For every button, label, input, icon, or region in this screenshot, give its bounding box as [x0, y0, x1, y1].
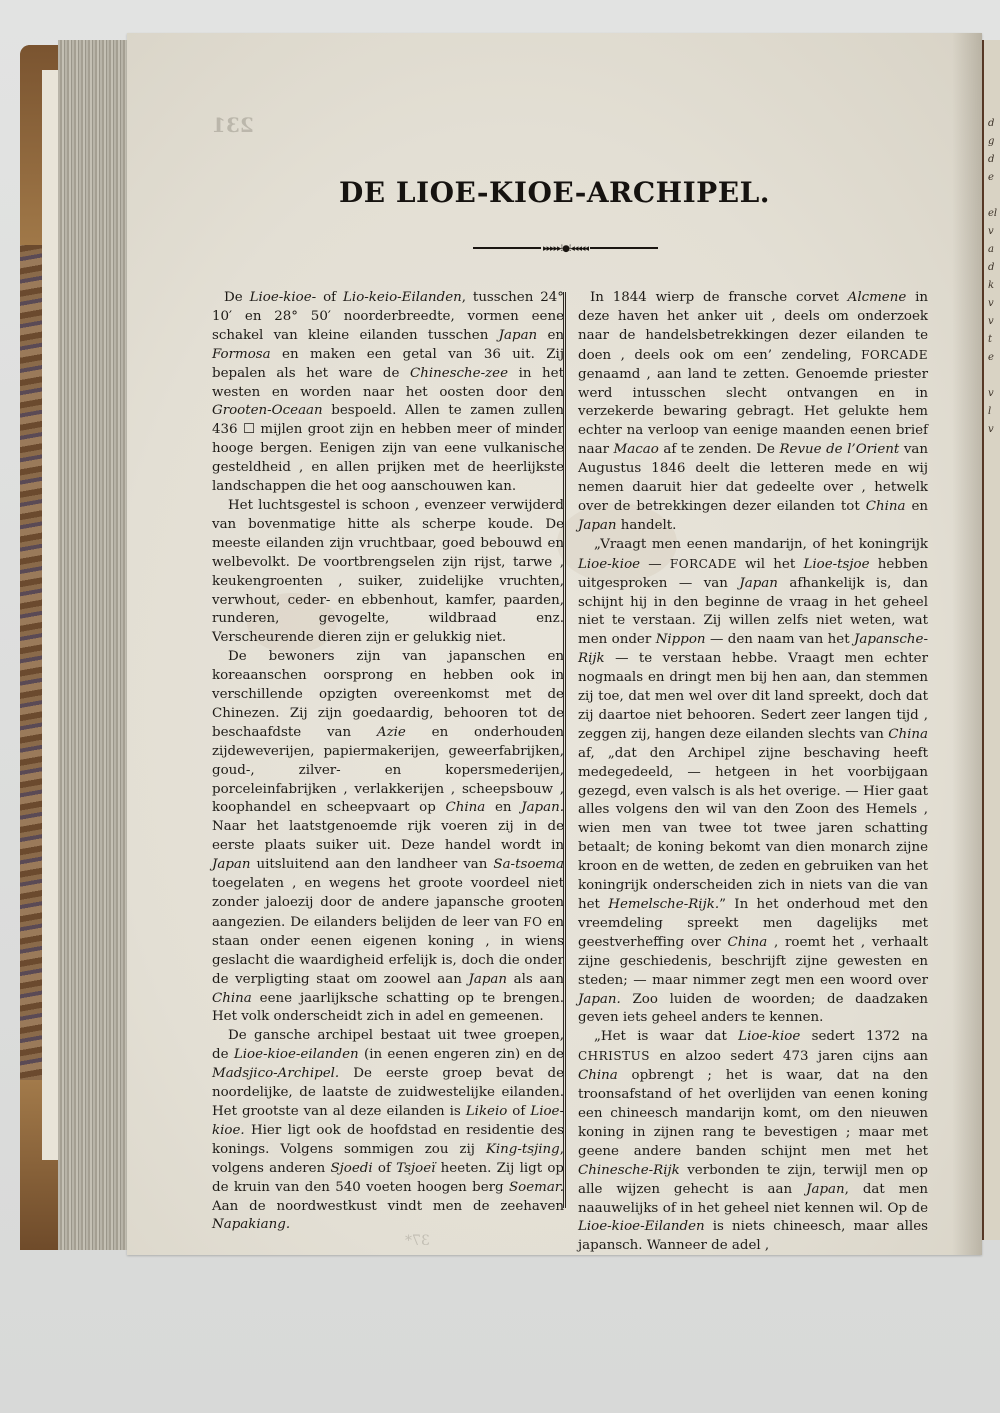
ghost-bottom-mark: 37*	[405, 1233, 430, 1249]
italic-term: Japan.	[521, 800, 564, 815]
italic-term: Sjoedi	[330, 1161, 372, 1176]
text-run: af te zenden. De	[659, 442, 780, 457]
italic-term: Revue de l’Orient	[779, 442, 899, 457]
text-run: en	[537, 328, 564, 343]
italic-term: Grooten-Oceaan	[212, 403, 323, 418]
italic-term: Hemelsche-Rijk.	[608, 897, 719, 912]
text-run: „Het is waar dat	[594, 1029, 738, 1044]
text-run: Zoo luiden de woorden; de daadzaken geve…	[578, 992, 928, 1026]
text-run: sedert 1372 na	[800, 1029, 928, 1044]
text-run: — den naam van het	[706, 632, 854, 647]
paragraph: „Het is waar dat Lioe-kioe sedert 1372 n…	[578, 1028, 928, 1256]
italic-term: Chinesche-Rijk	[578, 1163, 680, 1178]
italic-term: Japan	[806, 1182, 845, 1197]
text-run: af, „dat den Archipel zijne beschaving h…	[578, 746, 928, 912]
text-run: De	[224, 290, 250, 305]
italic-term: Alcmene	[848, 290, 907, 305]
left-column: De Lioe-kioe- of Lio-keio-Eilanden, tuss…	[212, 289, 564, 1235]
italic-term: China	[888, 727, 928, 742]
small-caps-name: FORCADE	[670, 557, 737, 571]
italic-term: Chinesche-zee	[410, 366, 508, 381]
ghost-page-number: 231	[212, 113, 254, 137]
text-run: wil het	[737, 557, 804, 572]
title-ornament: ▸▸▸▸▸⁞●⁞◂◂◂◂◂	[473, 243, 658, 253]
italic-term: Lioe-tsjoe	[803, 557, 869, 572]
italic-term: Macao	[614, 442, 659, 457]
italic-term: Lioe-kioe-eilanden	[234, 1047, 359, 1062]
text-run: (in eenen engeren zin) en de	[359, 1047, 564, 1062]
text-run: of	[507, 1104, 530, 1119]
italic-term: China	[578, 1068, 618, 1083]
text-run: als aan	[507, 972, 564, 987]
small-caps-name: FORCADE	[861, 348, 928, 362]
text-run: uitsluitend aan den landheer van	[251, 857, 494, 872]
italic-term: Japan	[469, 972, 508, 987]
italic-term: Formosa	[212, 347, 271, 362]
italic-term: China	[728, 935, 768, 950]
italic-term: Japan	[739, 576, 778, 591]
italic-term: China	[212, 991, 252, 1006]
next-page-fragment: d g d e el v a d k v v t e v l v	[988, 115, 1000, 439]
text-run: Het luchtsgestel is schoon , evenzeer ve…	[212, 498, 564, 645]
text-run: en	[485, 800, 521, 815]
text-run: of	[373, 1161, 397, 1176]
italic-term: Lioe-kioe-Eilanden	[578, 1219, 705, 1234]
ornament-line-left	[473, 247, 541, 249]
paragraph: De bewoners zijn van japanschen en korea…	[212, 648, 564, 1027]
page-title: DE LIOE-KIOE-ARCHIPEL.	[127, 176, 982, 209]
paragraph: „Vraagt men eenen mandarijn, of het koni…	[578, 536, 928, 1029]
text-run: handelt.	[617, 518, 677, 533]
italic-term: China	[866, 499, 906, 514]
italic-term: Tsjoeï	[396, 1161, 435, 1176]
italic-term: Japan.	[578, 992, 621, 1007]
text-run: In 1844 wierp de fransche corvet	[590, 290, 848, 305]
italic-term: Madsjico-Archipel.	[212, 1066, 339, 1081]
paragraph: De Lioe-kioe- of Lio-keio-Eilanden, tuss…	[212, 289, 564, 497]
italic-term: Soemar.	[509, 1180, 564, 1195]
page-edges	[58, 40, 128, 1250]
text-run: opbrengt ; het is waar, dat na den troon…	[578, 1068, 928, 1159]
italic-term: China	[446, 800, 486, 815]
italic-term: Azie	[377, 725, 406, 740]
paragraph: In 1844 wierp de fransche corvet Alcmene…	[578, 289, 928, 536]
italic-term: Japan	[499, 328, 538, 343]
text-run: toegelaten , en wegens het groote voorde…	[212, 876, 564, 930]
small-caps-name: FO	[523, 915, 542, 929]
next-page-edge: d g d e el v a d k v v t e v l v	[982, 40, 1000, 1240]
paragraph: Het luchtsgestel is schoon , evenzeer ve…	[212, 497, 564, 648]
text-run: „Vraagt men eenen mandarijn, of het koni…	[594, 537, 928, 552]
italic-term: Lio-keio-Eilanden	[343, 290, 462, 305]
italic-term: Lioe-kioe	[578, 557, 640, 572]
text-run: Naar het laatstgenoemde rijk voeren zij …	[212, 819, 564, 853]
italic-term: Sa-tsoema	[493, 857, 564, 872]
italic-term: Likeio	[466, 1104, 508, 1119]
italic-term: Napakiang.	[212, 1217, 290, 1232]
column-divider	[563, 292, 566, 1208]
italic-term: Nippon	[656, 632, 706, 647]
text-run: en alzoo sedert 473 jaren cijns aan	[650, 1049, 928, 1064]
ornament-glyphs: ▸▸▸▸▸⁞●⁞◂◂◂◂◂	[541, 243, 590, 254]
text-run: Aan de noordwestkust vindt men de zeehav…	[212, 1199, 564, 1214]
italic-term: Japan	[212, 857, 251, 872]
ornament-line-right	[590, 247, 658, 249]
italic-term: Lioe-kioe	[738, 1029, 800, 1044]
small-caps-name: CHRISTUS	[578, 1049, 650, 1063]
paragraph: De gansche archipel bestaat uit twee gro…	[212, 1027, 564, 1235]
text-run: eene jaarlijksche schatting op te brenge…	[212, 991, 564, 1025]
text-run: —	[640, 557, 670, 572]
right-column: In 1844 wierp de fransche corvet Alcmene…	[578, 289, 928, 1256]
text-run: en	[905, 499, 928, 514]
text-run: — te verstaan hebbe. Vraagt men echter n…	[578, 651, 928, 742]
page-gutter-shadow	[952, 33, 982, 1255]
italic-term: King-tsjing	[486, 1142, 560, 1157]
italic-term: Japan	[578, 518, 617, 533]
italic-term: Lioe-kioe-	[250, 290, 317, 305]
text-run: of	[316, 290, 343, 305]
